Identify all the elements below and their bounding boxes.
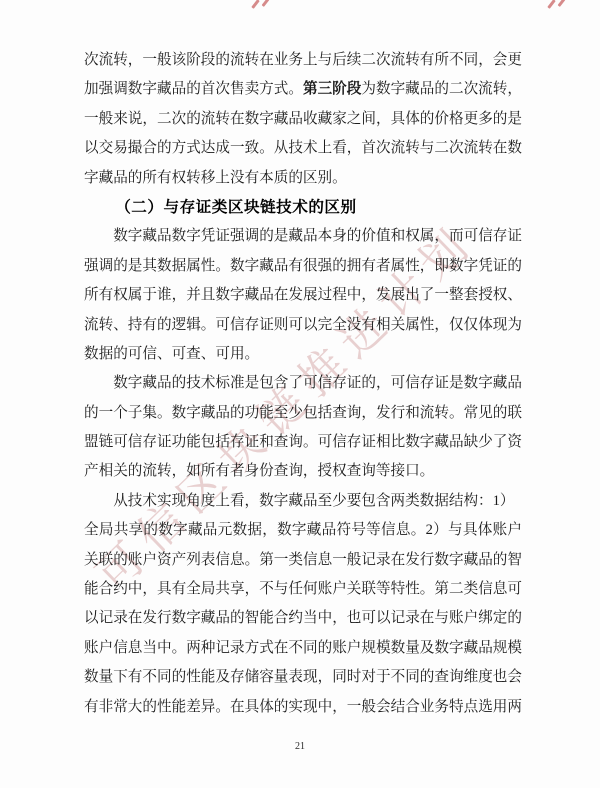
body-line: 有非常大的性能差异。在具体的实现中，一般会结合业务特点选用两 (84, 693, 522, 722)
body-line: 产相关的流转，如所有者身份查询，授权查询等接口。 (84, 457, 522, 486)
body-line: 数据的可信、可查、可用。 (84, 340, 522, 369)
body-line: 以交易撮合的方式达成一致。从技术上看，首次流转与二次流转在数 (84, 134, 522, 163)
document-page: 可信区块链推进计划 次流转，一般该阶段的流转在业务上与后续二次流转有所不同，会更… (0, 0, 600, 788)
watermark-fragment-top-right (546, 1, 572, 11)
body-line: 数字藏品数字凭证强调的是藏品本身的价值和权属，而可信存证 (84, 222, 522, 251)
body-line: 从技术实现角度上看，数字藏品至少要包含两类数据结构：1） (84, 487, 522, 516)
watermark-stroke (262, 0, 270, 7)
body-line: 加强调数字藏品的首次售卖方式。第三阶段为数字藏品的二次流转， (84, 75, 522, 104)
body-line: 数量下有不同的性能及存储容量表现，同时对于不同的查询维度也会 (84, 663, 522, 692)
body-line: 所有权属于谁，并且数字藏品在发展过程中，发展出了一整套授权、 (84, 281, 522, 310)
watermark-stroke (558, 0, 566, 7)
body-line: 数字藏品的技术标准是包含了可信存证的，可信存证是数字藏品 (84, 369, 522, 398)
body-line: 一般来说，二次的流转在数字藏品收藏家之间，具体的价格更多的是 (84, 105, 522, 134)
body-line: 字藏品的所有权转移上没有本质的区别。 (84, 164, 522, 193)
body-line: 全局共享的数字藏品元数据，数字藏品符号等信息。2）与具体账户 (84, 516, 522, 545)
body-line: 盟链可信存证功能包括存证和查询。可信存证相比数字藏品缺少了资 (84, 428, 522, 457)
body-line: 强调的是其数据属性。数字藏品有很强的拥有者属性，即数字凭证的 (84, 252, 522, 281)
body-line-segment: 为数字藏品的二次流转， (361, 81, 522, 97)
section-heading: （二）与存证类区块链技术的区别 (84, 193, 522, 222)
body-line: 以记录在发行数字藏品的智能合约当中，也可以记录在与账户绑定的 (84, 604, 522, 633)
page-number: 21 (0, 741, 600, 752)
body-line: 关联的账户资产列表信息。第一类信息一般记录在发行数字藏品的智 (84, 546, 522, 575)
bold-phrase: 第三阶段 (303, 81, 361, 97)
watermark-stroke (547, 0, 556, 9)
body-line: 账户信息当中。两种记录方式在不同的账户规模数量及数字藏品规模 (84, 634, 522, 663)
body-line: 能合约中，具有全局共享，不与任何账户关联等特性。第二类信息可 (84, 575, 522, 604)
body-line: 次流转，一般该阶段的流转在业务上与后续二次流转有所不同，会更 (84, 46, 522, 75)
body-line-segment: 加强调数字藏品的首次售卖方式。 (84, 81, 303, 97)
body-text: 次流转，一般该阶段的流转在业务上与后续二次流转有所不同，会更 加强调数字藏品的首… (84, 46, 522, 722)
watermark-fragment-top-left (250, 1, 276, 11)
body-line: 的一个子集。数字藏品的功能至少包括查询，发行和流转。常见的联 (84, 399, 522, 428)
watermark-stroke (251, 0, 260, 9)
body-line: 流转、持有的逻辑。可信存证则可以完全没有相关属性，仅仅体现为 (84, 311, 522, 340)
